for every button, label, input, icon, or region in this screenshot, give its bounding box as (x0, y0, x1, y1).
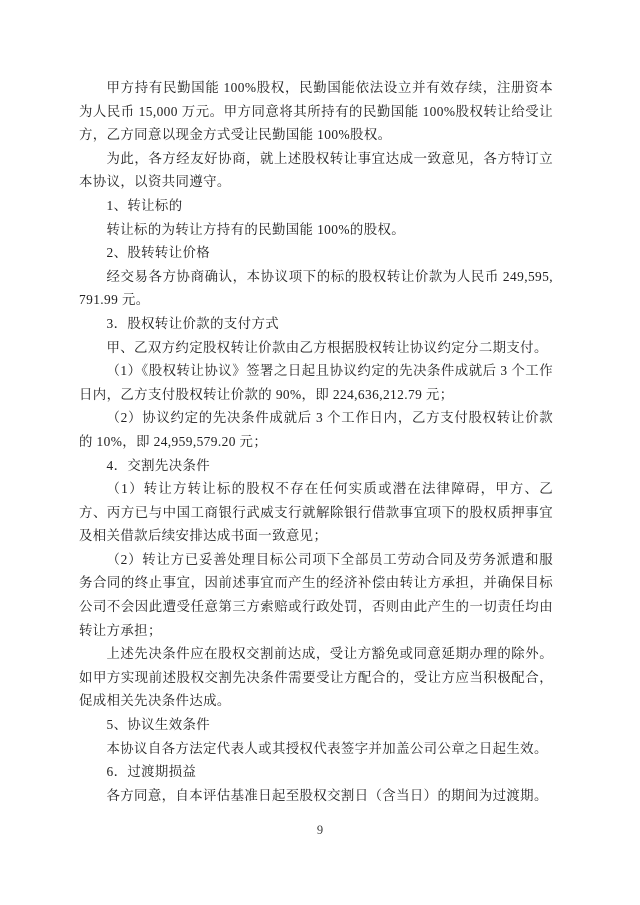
paragraph: （2）协议约定的先决条件成就后 3 个工作日内，乙方支付股权转让价款的 10%，… (79, 406, 553, 453)
page-number: 9 (0, 823, 640, 838)
section-heading: 3．股权转让价款的支付方式 (79, 312, 553, 336)
paragraph: 本协议自各方法定代表人或其授权代表签字并加盖公司公章之日起生效。 (79, 737, 553, 761)
section-heading: 2、股转转让价格 (79, 241, 553, 265)
section-heading: 1、转让标的 (79, 194, 553, 218)
paragraph: 甲方持有民勤国能 100%股权，民勤国能依法设立并有效存续，注册资本为人民币 1… (79, 76, 553, 147)
paragraph: 为此，各方经友好协商，就上述股权转让事宜达成一致意见，各方特订立本协议，以资共同… (79, 147, 553, 194)
section-heading: 4．交割先决条件 (79, 454, 553, 478)
document-page: 甲方持有民勤国能 100%股权，民勤国能依法设立并有效存续，注册资本为人民币 1… (0, 0, 640, 905)
paragraph: 甲、乙双方约定股权转让价款由乙方根据股权转让协议约定分二期支付。 (79, 336, 553, 360)
paragraph: （1）转让方转让标的股权不存在任何实质或潜在法律障碍，甲方、乙方、丙方已与中国工… (79, 477, 553, 548)
paragraph: （1）《股权转让协议》签署之日起且协议约定的先决条件成就后 3 个工作日内，乙方… (79, 359, 553, 406)
paragraph: 上述先决条件应在股权交割前达成，受让方豁免或同意延期办理的除外。如甲方实现前述股… (79, 642, 553, 713)
document-body: 甲方持有民勤国能 100%股权，民勤国能依法设立并有效存续，注册资本为人民币 1… (79, 76, 553, 807)
section-heading: 6．过渡期损益 (79, 760, 553, 784)
section-heading: 5、协议生效条件 (79, 713, 553, 737)
paragraph: （2）转让方已妥善处理目标公司项下全部员工劳动合同及劳务派遣和服务合同的终止事宜… (79, 548, 553, 642)
paragraph: 经交易各方协商确认，本协议项下的标的股权转让价款为人民币 249,595,791… (79, 265, 553, 312)
paragraph: 转让标的为转让方持有的民勤国能 100%的股权。 (79, 218, 553, 242)
paragraph: 各方同意，自本评估基准日起至股权交割日（含当日）的期间为过渡期。 (79, 784, 553, 808)
